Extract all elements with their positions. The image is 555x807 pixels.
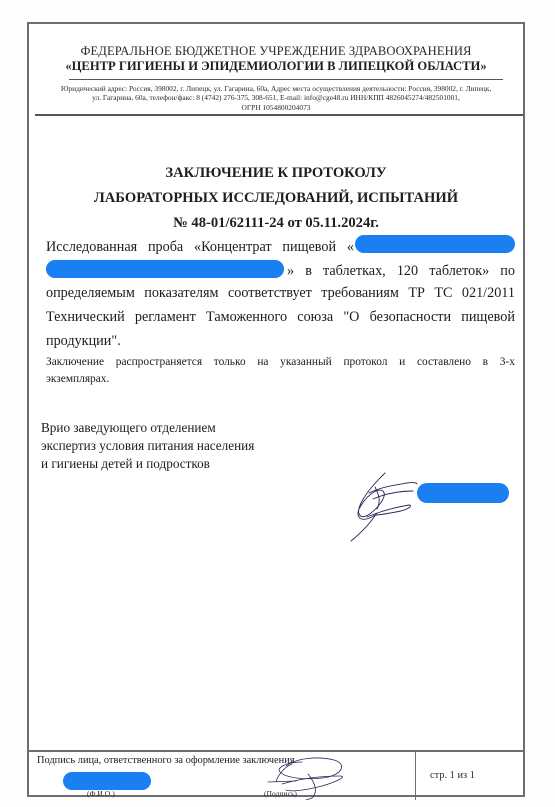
signer-line-2: экспертиз условия питания населения	[41, 437, 254, 455]
address-line-1: Юридический адрес: Россия, 398002, г. Ли…	[35, 84, 517, 93]
note-line-1: Заключение распространяется только на ук…	[46, 354, 515, 371]
scope-note: Заключение распространяется только на ук…	[46, 354, 515, 388]
title-line-2: ЛАБОРАТОРНЫХ ИССЛЕДОВАНИЙ, ИСПЫТАНИЙ	[29, 190, 523, 207]
address-line-3: ОГРН 1054800204073	[35, 103, 517, 112]
body-line-3: определяемым показателям соответствует т…	[46, 281, 515, 305]
protocol-number: № 48-01/62111-24 от 05.11.2024г.	[29, 215, 523, 232]
body-line-4: Технический регламент Таможенного союза …	[46, 305, 515, 329]
note-line-2: экземплярах.	[46, 371, 515, 388]
page-number: стр. 1 из 1	[430, 770, 475, 781]
redacted-responsible-name	[63, 772, 151, 790]
body-line-2: » в таблетках, 120 таблеток» по	[46, 257, 515, 281]
signer-line-3: и гигиены детей и подростков	[41, 455, 254, 473]
org-address: Юридический адрес: Россия, 398002, г. Ли…	[35, 84, 517, 112]
address-divider	[35, 114, 523, 116]
body-line-5: продукции".	[46, 329, 515, 353]
redacted-product-name-1	[355, 235, 515, 253]
redacted-product-name-2	[46, 260, 284, 278]
footer-table: Подпись лица, ответственного за оформлен…	[28, 750, 524, 800]
title-line-1: ЗАКЛЮЧЕНИЕ К ПРОТОКОЛУ	[29, 165, 523, 182]
header-divider	[69, 79, 503, 80]
body-line-1: Исследованная проба «Концентрат пищевой …	[46, 233, 515, 257]
scanned-page: ФЕДЕРАЛЬНОЕ БЮДЖЕТНОЕ УЧРЕЖДЕНИЕ ЗДРАВОО…	[0, 0, 555, 807]
body-line-2-text: » в таблетках, 120 таблеток» по	[287, 259, 515, 283]
signature-caption: (Подпись)	[264, 789, 297, 798]
signer-line-1: Врио заведующего отделением	[41, 419, 254, 437]
body-line-1-text: Исследованная проба «Концентрат пищевой …	[46, 235, 354, 259]
address-line-2: ул. Гагарина, 60а, телефон/факс: 8 (4742…	[35, 93, 517, 102]
conclusion-paragraph: Исследованная проба «Концентрат пищевой …	[46, 233, 515, 353]
org-name-line2: «ЦЕНТР ГИГИЕНЫ И ЭПИДЕМИОЛОГИИ В ЛИПЕЦКО…	[29, 59, 523, 74]
redacted-signer-name	[417, 483, 509, 503]
handwritten-signature-icon	[347, 469, 427, 544]
document-frame: ФЕДЕРАЛЬНОЕ БЮДЖЕТНОЕ УЧРЕЖДЕНИЕ ЗДРАВОО…	[27, 22, 525, 797]
fio-caption: (Ф.И.О.)	[87, 789, 115, 798]
footer-column-divider	[415, 752, 416, 800]
signer-position: Врио заведующего отделением экспертиз ус…	[41, 419, 254, 473]
org-name-line1: ФЕДЕРАЛЬНОЕ БЮДЖЕТНОЕ УЧРЕЖДЕНИЕ ЗДРАВОО…	[29, 44, 523, 59]
